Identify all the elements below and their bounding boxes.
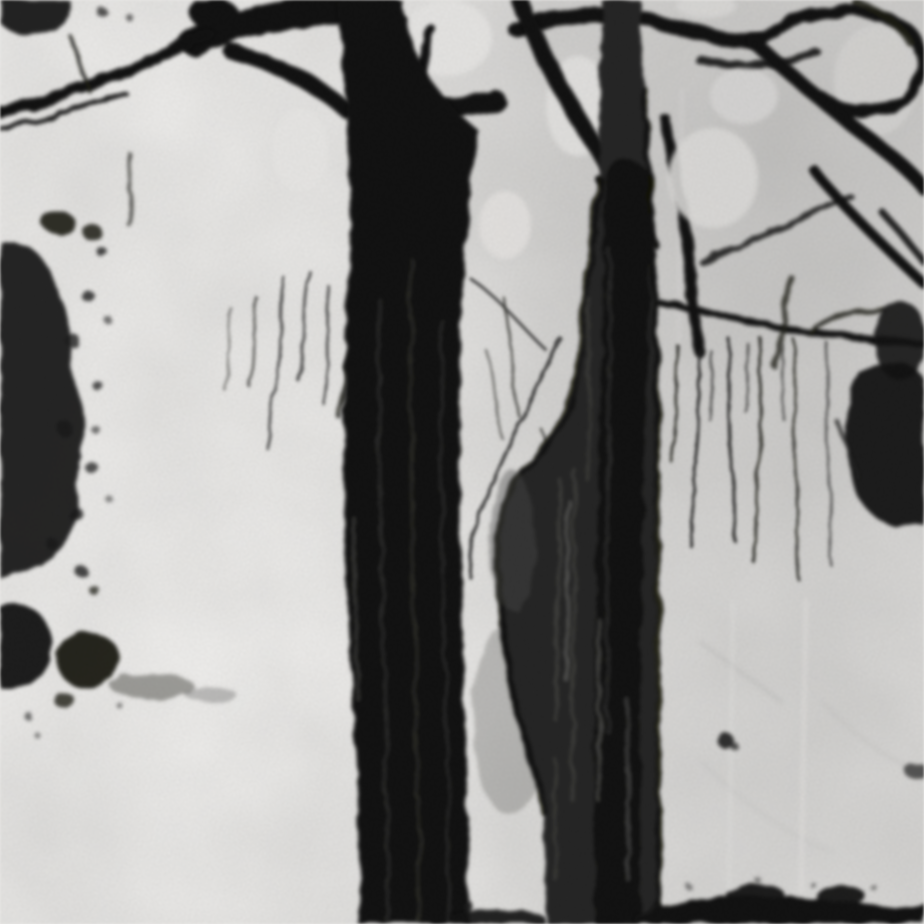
- drawing-blob: [65, 333, 79, 347]
- drawing-blob: [117, 703, 123, 709]
- drawing-blob: [726, 884, 786, 910]
- drawing-blob: [54, 692, 74, 708]
- drawing-stroke: [566, 500, 568, 680]
- drawing-blob: [649, 905, 667, 923]
- drawing-blob: [89, 585, 99, 595]
- drawing-blob: [871, 885, 877, 891]
- drawing-blob: [56, 632, 120, 688]
- drawing-blob: [92, 426, 100, 434]
- drawing-blob: [97, 247, 107, 257]
- drawing-stroke: [588, 300, 590, 480]
- drawing-blob: [685, 883, 691, 889]
- drawing-blob: [69, 507, 83, 521]
- drawing-blob: [479, 191, 531, 259]
- drawing-stroke: [555, 760, 556, 880]
- drawing-blob: [86, 462, 98, 474]
- tree-drawing-svg: [0, 0, 924, 924]
- drawing-stroke: [598, 620, 600, 800]
- drawing-blob: [463, 901, 473, 911]
- drawing-blob: [488, 470, 536, 610]
- drawing-blob: [668, 128, 758, 228]
- drawing-blob: [107, 497, 114, 504]
- drawing-blob: [755, 877, 761, 883]
- drawing-blob: [710, 68, 778, 124]
- drawing-blob: [184, 687, 236, 701]
- drawing-blob: [82, 224, 102, 240]
- drawing-blob: [818, 886, 866, 908]
- drawing-blob: [93, 381, 103, 391]
- drawing-stroke: [336, 0, 480, 924]
- drawing-blob: [732, 744, 740, 752]
- drawing-blob: [104, 316, 112, 324]
- drawing-stroke: [627, 700, 628, 880]
- drawing-blob: [110, 674, 194, 698]
- drawing-blob: [95, 5, 105, 15]
- drawing-blob: [42, 210, 74, 234]
- drawing-blob: [56, 420, 72, 436]
- drawing-blob: [874, 300, 924, 380]
- drawing-blob: [272, 108, 328, 192]
- drawing-blob: [125, 13, 132, 20]
- drawing-blob: [680, 900, 720, 920]
- drawing-blob: [82, 290, 94, 302]
- artwork-canvas: [0, 0, 924, 924]
- drawing-blob: [33, 731, 39, 737]
- drawing-blob: [24, 712, 32, 720]
- drawing-blob: [809, 881, 815, 887]
- drawing-stroke: [617, 184, 628, 920]
- drawing-blob: [76, 566, 88, 578]
- drawing-blob: [46, 538, 58, 550]
